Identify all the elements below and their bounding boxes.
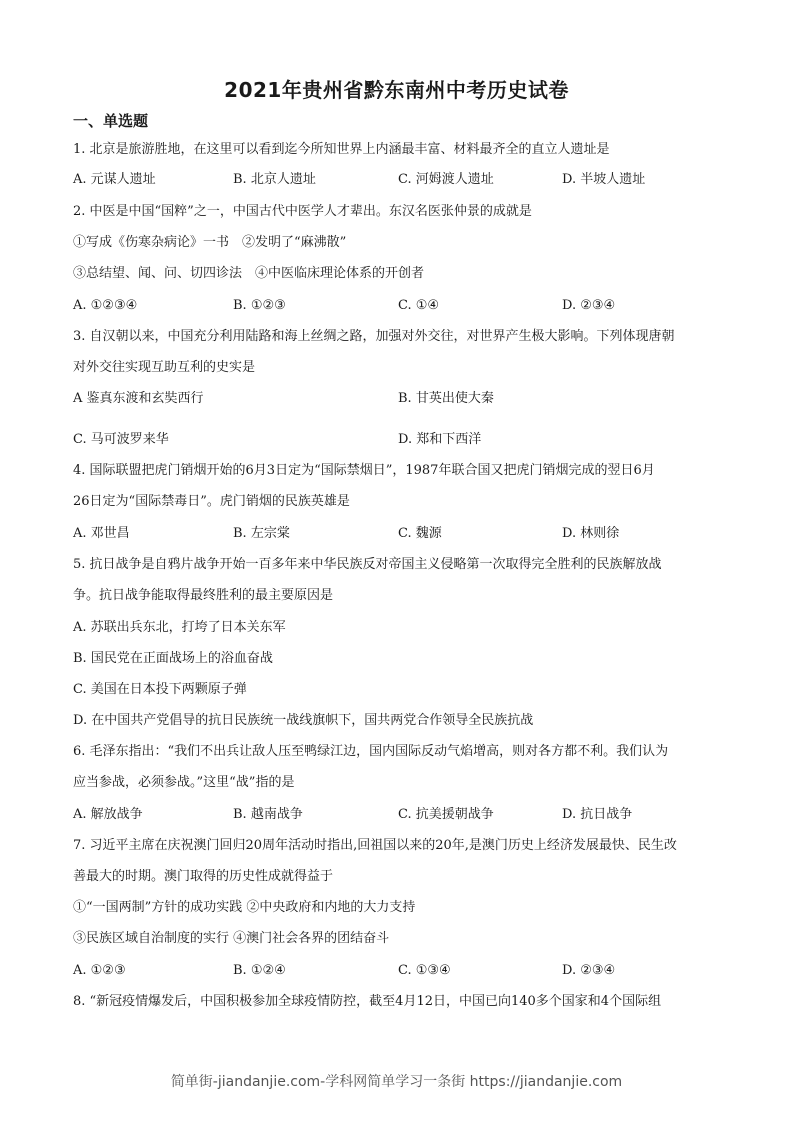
question-7-option-b: B. ①②④ — [233, 962, 286, 980]
question-7-stem-line-2: 善最大的时期。澳门取得的历史性成就得益于 — [73, 868, 333, 886]
question-6-stem-line-2: 应当参战，必须参战。”这里“战”指的是 — [73, 774, 294, 792]
question-4-stem-line-1: 4. 国际联盟把虎门销烟开始的6月3日定为“国际禁烟日”，1987年联合国又把虎… — [73, 462, 655, 480]
question-4-stem-line-2: 26日定为“国际禁毒日”。虎门销烟的民族英雄是 — [73, 493, 350, 511]
question-2-option-d: D. ②③④ — [562, 297, 615, 315]
question-5-stem-line-1: 5. 抗日战争是自鸦片战争开始一百多年来中华民族反对帝国主义侵略第一次取得完全胜… — [73, 556, 662, 574]
question-5-option-c: C. 美国在日本投下两颗原子弹 — [73, 681, 247, 699]
question-6-stem-line-1: 6. 毛泽东指出：“我们不出兵让敌人压至鸭绿江边，国内国际反动气焰增高，则对各方… — [73, 743, 668, 761]
question-6-option-b: B. 越南战争 — [233, 806, 303, 824]
question-1-stem: 1. 北京是旅游胜地，在这里可以看到迄今所知世界上内涵最丰富、材料最齐全的直立人… — [73, 141, 610, 159]
page-title: 2021年贵州省黔东南州中考历史试卷 — [0, 74, 793, 103]
question-8-stem-line-1: 8. “新冠疫情爆发后，中国积极参加全球疫情防控，截至4月12日，中国已向140… — [73, 993, 661, 1011]
question-5-option-d: D. 在中国共产党倡导的抗日民族统一战线旗帜下，国共两党合作领导全民族抗战 — [73, 712, 533, 730]
question-1-option-b: B. 北京人遗址 — [233, 171, 316, 189]
section-heading: 一、单选题 — [73, 110, 148, 131]
question-7-option-c: C. ①③④ — [398, 962, 451, 980]
question-4-option-c: C. 魏源 — [398, 525, 442, 543]
question-3-option-b: B. 甘英出使大秦 — [398, 390, 494, 408]
question-5-option-b: B. 国民党在正面战场上的浴血奋战 — [73, 650, 273, 668]
question-7-option-a: A. ①②③ — [73, 962, 126, 980]
question-7-stem-line-1: 7. 习近平主席在庆祝澳门回归20周年活动时指出,回祖国以来的20年,是澳门历史… — [73, 837, 677, 855]
question-3-option-c: C. 马可波罗来华 — [73, 431, 169, 449]
question-6-option-c: C. 抗美援朝战争 — [398, 806, 494, 824]
question-4-option-b: B. 左宗棠 — [233, 525, 290, 543]
question-2-statement-1: ①写成《伤寒杂病论》一书 ②发明了“麻沸散” — [73, 234, 346, 252]
footer-watermark: 简单街-jiandanjie.com-学科网简单学习一条街 https://ji… — [0, 1071, 793, 1091]
question-1-option-c: C. 河姆渡人遗址 — [398, 171, 494, 189]
question-1-option-a: A. 元谋人遗址 — [73, 171, 156, 189]
question-2-option-b: B. ①②③ — [233, 297, 286, 315]
question-4-option-d: D. 林则徐 — [562, 525, 619, 543]
question-2-statement-2: ③总结望、闻、问、切四诊法 ④中医临床理论体系的开创者 — [73, 265, 424, 283]
question-5-stem-line-2: 争。抗日战争能取得最终胜利的最主要原因是 — [73, 587, 333, 605]
question-7-option-d: D. ②③④ — [562, 962, 615, 980]
question-3-option-d: D. 郑和下西洋 — [398, 431, 481, 449]
question-3-option-a: A 鉴真东渡和玄奘西行 — [73, 390, 204, 408]
question-2-stem: 2. 中医是中国“国粹”之一，中国古代中医学人才辈出。东汉名医张仲景的成就是 — [73, 203, 532, 221]
question-2-option-a: A. ①②③④ — [73, 297, 137, 315]
question-1-option-d: D. 半坡人遗址 — [562, 171, 645, 189]
question-5-option-a: A. 苏联出兵东北，打垮了日本关东军 — [73, 619, 286, 637]
question-6-option-d: D. 抗日战争 — [562, 806, 632, 824]
question-6-option-a: A. 解放战争 — [73, 806, 143, 824]
question-2-option-c: C. ①④ — [398, 297, 439, 315]
question-4-option-a: A. 邓世昌 — [73, 525, 130, 543]
question-7-statement-2: ③民族区域自治制度的实行 ④澳门社会各界的团结奋斗 — [73, 930, 389, 948]
question-3-stem-line-1: 3. 自汉朝以来，中国充分利用陆路和海上丝绸之路，加强对外交往，对世界产生极大影… — [73, 328, 675, 346]
question-3-stem-line-2: 对外交往实现互助互利的史实是 — [73, 359, 255, 377]
question-7-statement-1: ①“一国两制”方针的成功实践 ②中央政府和内地的大力支持 — [73, 899, 415, 917]
